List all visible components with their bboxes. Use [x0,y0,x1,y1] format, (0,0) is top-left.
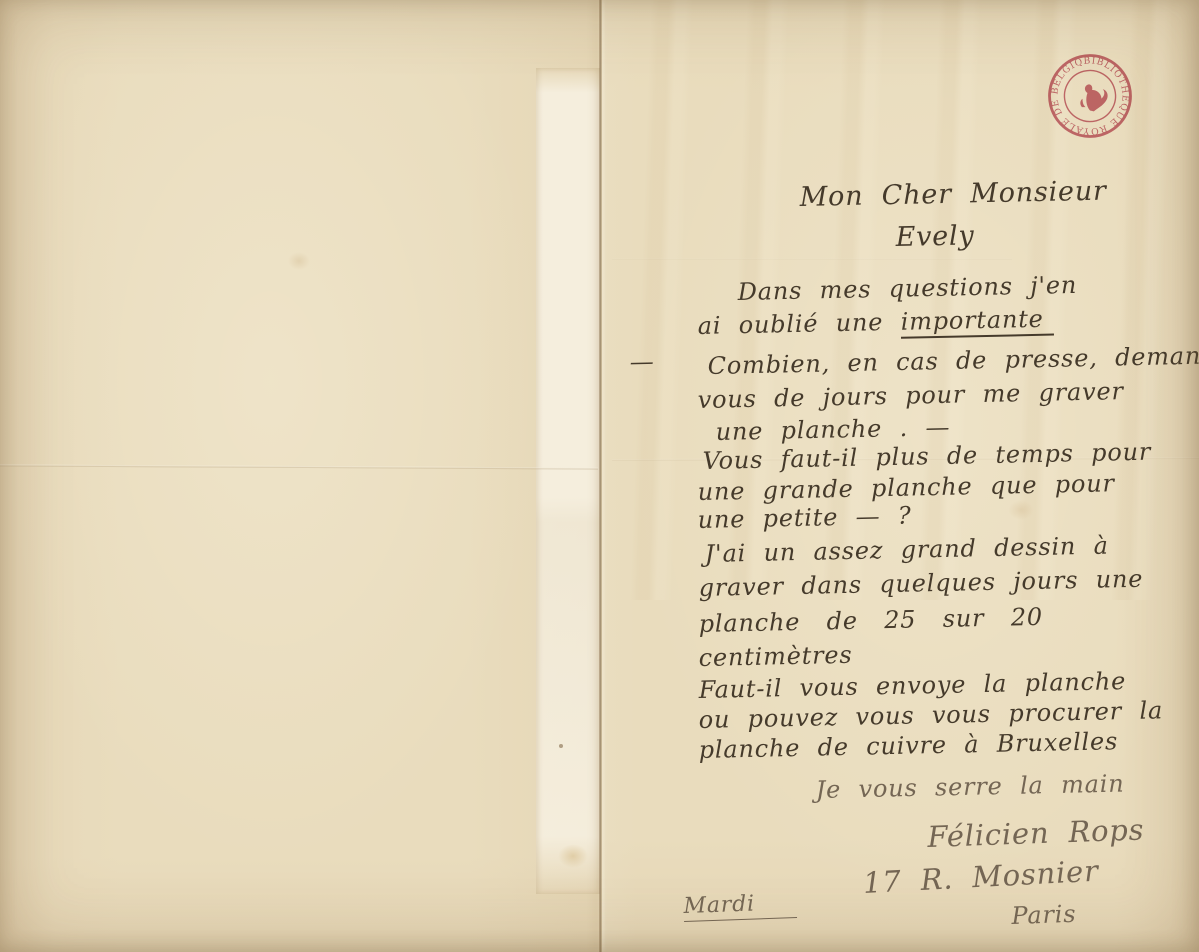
day-note-text: Mardi [683,890,797,922]
letter-line: une planche . — [715,413,950,446]
paper-speck [559,744,563,748]
lion-emblem-icon [1076,81,1110,115]
letter-line: une petite — ? [697,502,911,534]
tape-strip [536,68,600,894]
margin-dash: — [629,347,654,376]
letter-line-text: ai oublié une [697,308,901,340]
paper-stain [288,252,310,270]
paper-stain [1008,500,1034,520]
page-left [0,0,601,952]
underlined-word: importante [900,305,1054,339]
address-line-2: Paris [1011,900,1077,930]
fold-line [599,0,602,952]
greeting-line-2: Evely [895,220,974,253]
paper-stain [558,844,588,868]
greeting-line-1: Mon Cher Monsieur [799,176,1107,213]
letter-scan: BIBLIOTHÈQUE ROYALE DE BELGIQUE ★ BRUXEL… [0,0,1199,952]
letter-line: centimètres [698,641,852,672]
horizontal-crease-right-faint [612,258,1012,260]
day-note: Mardi [683,890,797,919]
